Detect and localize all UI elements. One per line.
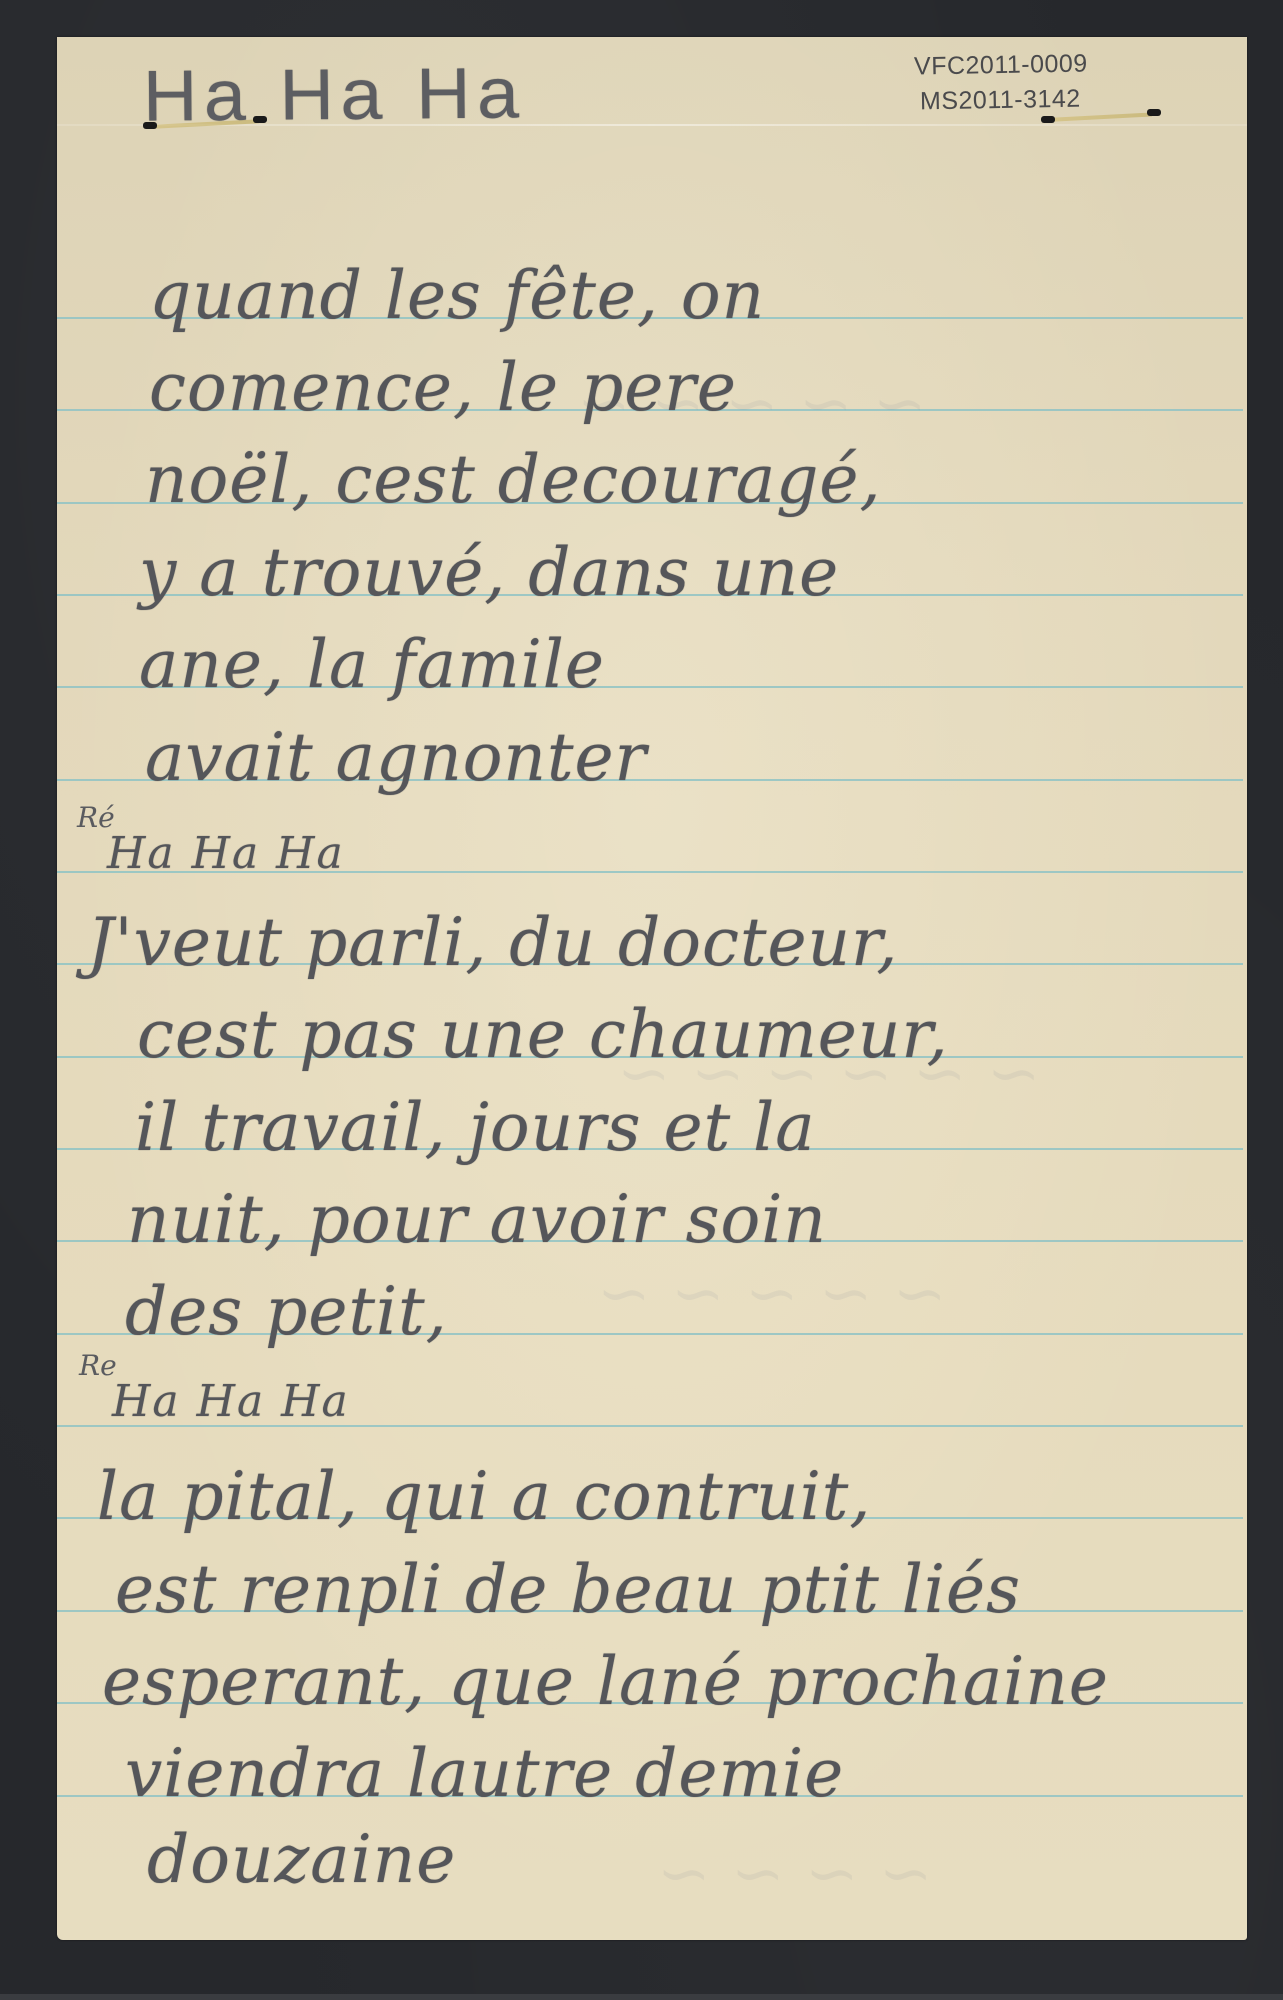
lyric-line: avait agnonter: [145, 725, 647, 791]
lyric-line: J'veut parli, du docteur,: [87, 910, 898, 976]
lyric-line: douzaine: [147, 1827, 456, 1893]
song-title: Ha Ha Ha: [143, 57, 526, 132]
archive-id-vfc: VFC2011-0009: [914, 49, 1088, 81]
lyric-line: cest pas une chaumeur,: [137, 1002, 949, 1068]
lyric-line: il travail, jours et la: [135, 1095, 816, 1161]
lyric-line: y a trouvé, dans une: [139, 540, 839, 606]
notepaper-sheet: ~ ~ ~ ~ ~ ~ ~ ~ ~ ~ ~ ~ ~ ~ ~ ~ ~ ~ ~ ~ …: [57, 37, 1247, 1940]
lyric-line: la pital, qui a contruit,: [97, 1464, 871, 1530]
lyric-line: esperant, que lané prochaine: [102, 1649, 1109, 1715]
lyric-line: viendra lautre demie: [125, 1741, 844, 1807]
lyric-line: quand les fête, on: [149, 263, 765, 329]
lyric-line: nuit, pour avoir soin: [127, 1187, 827, 1253]
lyric-line: ane, la famile: [139, 632, 605, 698]
staple-right: [1047, 113, 1152, 122]
lyric-line: noël, cest decouragé,: [145, 447, 881, 513]
bleed-through: ~ ~ ~ ~ ~: [597, 1257, 947, 1331]
staple-hole-icon: [1041, 116, 1055, 123]
archive-id-ms: MS2011-3142: [920, 85, 1081, 117]
margin-note-refrain: Re: [79, 1349, 117, 1382]
lyric-line: est renpli de beau ptit liés: [115, 1557, 1021, 1623]
lyric-line: comence, le pere: [149, 355, 737, 421]
staple-hole-icon: [1147, 109, 1161, 116]
refrain-line: Ha Ha Ha: [107, 832, 345, 876]
lyric-line: des petit,: [125, 1279, 448, 1345]
scanner-edge: [0, 1994, 1283, 2000]
bleed-through: ~ ~ ~ ~: [657, 1837, 933, 1911]
refrain-line: Ha Ha Ha: [112, 1380, 350, 1424]
